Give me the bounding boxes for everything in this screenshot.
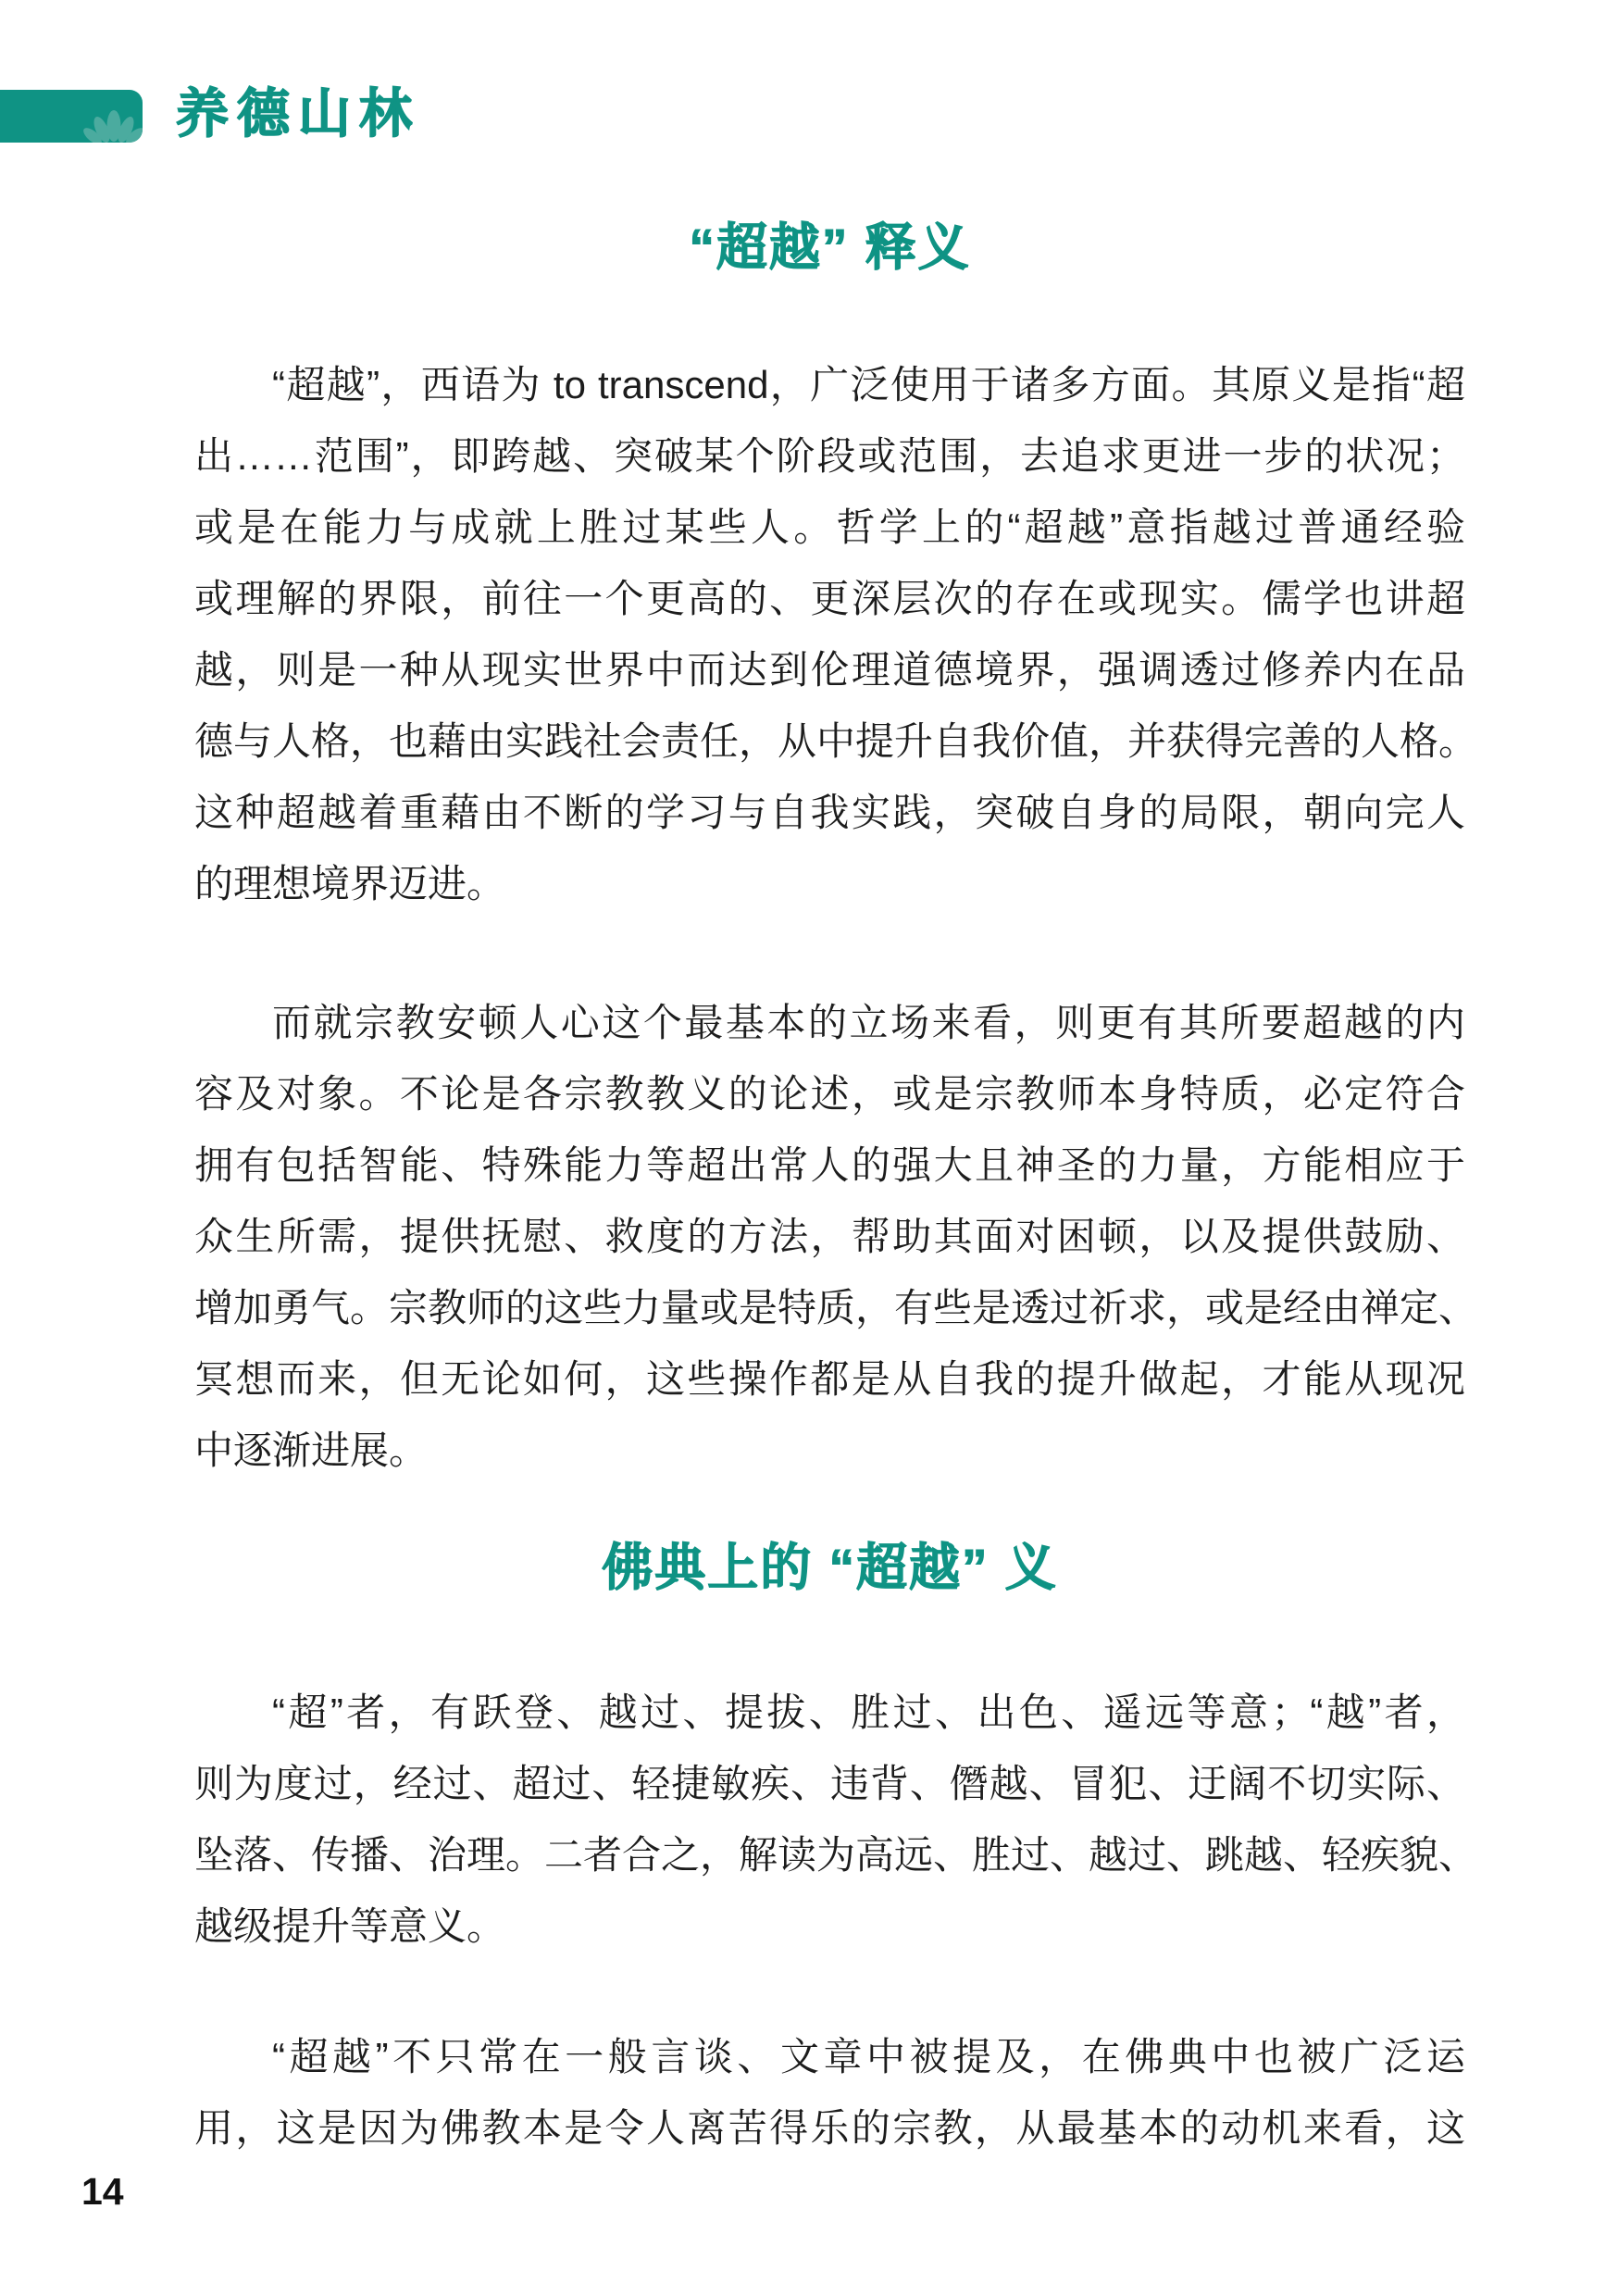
- paragraph-line: “超”者，有跃登、越过、提拔、胜过、出色、遥远等意；“越”者，: [194, 1677, 1465, 1748]
- paragraph-line: 的理想境界迈进。: [194, 848, 1465, 919]
- paragraph-line: 用，这是因为佛教本是令人离苦得乐的宗教，从最基本的动机来看，这: [194, 2092, 1465, 2164]
- page-number: 14: [81, 2170, 124, 2214]
- paragraph-line: 越级提升等意义。: [194, 1890, 1465, 1962]
- paragraph-line: 拥有包括智能、特殊能力等超出常人的强大且神圣的力量，方能相应于: [194, 1129, 1465, 1201]
- brand-bar: [0, 90, 143, 143]
- paragraph-line: 越，则是一种从现实世界中而达到伦理道德境界，强调透过修养内在品: [194, 634, 1465, 705]
- section-title-chaoyue-shiyi: “超越” 释义: [194, 218, 1465, 276]
- paragraph-3: “超”者，有跃登、越过、提拔、胜过、出色、遥远等意；“越”者， 则为度过，经过、…: [194, 1677, 1465, 1962]
- document-page: 养德山林 “超越” 释义 “超越”，西语为 to transcend，广泛使用于…: [0, 0, 1618, 2296]
- brand-logo-text: 养德山林: [176, 85, 420, 143]
- paragraph-line: 中逐渐进展。: [194, 1415, 1465, 1486]
- paragraph-line: 这种超越着重藉由不断的学习与自我实践，突破自身的局限，朝向完人: [194, 777, 1465, 848]
- paragraph-line: 众生所需，提供抚慰、救度的方法，帮助其面对困顿，以及提供鼓励、: [194, 1201, 1465, 1272]
- paragraph-line: 或理解的界限，前往一个更高的、更深层次的存在或现实。儒学也讲超: [194, 563, 1465, 634]
- paragraph-line: 冥想而来，但无论如何，这些操作都是从自我的提升做起，才能从现况: [194, 1343, 1465, 1415]
- paragraph-line: 坠落、传播、治理。二者合之，解读为高远、胜过、越过、跳越、轻疾貌、: [194, 1819, 1465, 1890]
- paragraph-2: 而就宗教安顿人心这个最基本的立场来看，则更有其所要超越的内 容及对象。不论是各宗…: [194, 987, 1465, 1486]
- lotus-icon: [83, 102, 143, 143]
- paragraph-line: 出……范围”，即跨越、突破某个阶段或范围，去追求更进一步的状况；: [194, 420, 1465, 492]
- paragraph-line: 而就宗教安顿人心这个最基本的立场来看，则更有其所要超越的内: [194, 987, 1465, 1058]
- paragraph-line: 容及对象。不论是各宗教教义的论述，或是宗教师本身特质，必定符合: [194, 1058, 1465, 1129]
- paragraph-1: “超越”，西语为 to transcend，广泛使用于诸多方面。其原义是指“超 …: [194, 349, 1465, 919]
- paragraph-line: “超越”不只常在一般言谈、文章中被提及，在佛典中也被广泛运: [194, 2021, 1465, 2092]
- paragraph-line: 或是在能力与成就上胜过某些人。哲学上的“超越”意指越过普通经验: [194, 492, 1465, 563]
- paragraph-line: “超越”，西语为 to transcend，广泛使用于诸多方面。其原义是指“超: [194, 349, 1465, 420]
- paragraph-line: 增加勇气。宗教师的这些力量或是特质，有些是透过祈求，或是经由禅定、: [194, 1272, 1465, 1343]
- paragraph-line: 则为度过，经过、超过、轻捷敏疾、违背、僭越、冒犯、迂阔不切实际、: [194, 1748, 1465, 1819]
- section-title-fodian-chaoyue-yi: 佛典上的 “超越” 义: [194, 1539, 1465, 1596]
- paragraph-4: “超越”不只常在一般言谈、文章中被提及，在佛典中也被广泛运 用，这是因为佛教本是…: [194, 2021, 1465, 2164]
- paragraph-line: 德与人格，也藉由实践社会责任，从中提升自我价值，并获得完善的人格。: [194, 705, 1465, 777]
